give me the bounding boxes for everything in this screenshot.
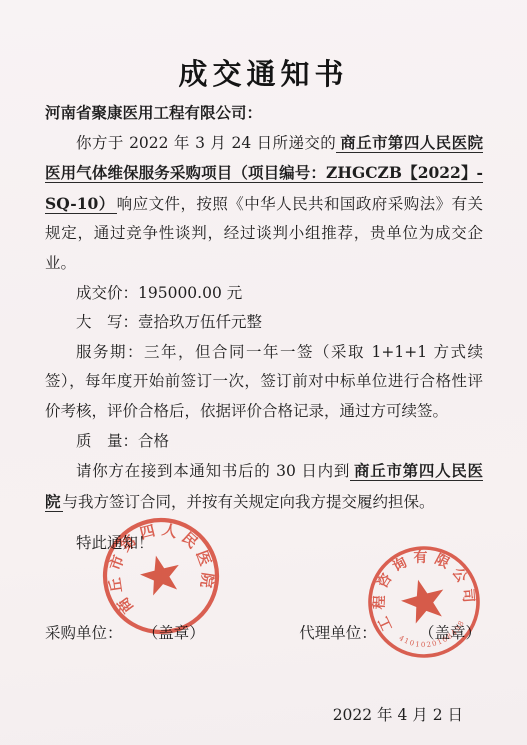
- document-body: 河南省聚康医用工程有限公司： 你方于 2022 年 3 月 24 日所递交的商丘…: [45, 98, 483, 730]
- agent-label: 代理单位：: [299, 624, 377, 642]
- paragraph-contract: 请你方在接到本通知书后的 30 日内到商丘市第四人民医院与我方签订合同，并按有关…: [45, 456, 483, 517]
- paragraph-project-pre: 你方于 2022 年 3 月 24 日所递交的: [76, 134, 336, 152]
- agent-seal-note: （盖章）: [427, 624, 481, 642]
- page-title: 成交通知书: [0, 52, 527, 93]
- purchaser-seal-note: （盖章）: [151, 624, 205, 642]
- price-line: 成交价：195000.00 元: [45, 279, 483, 309]
- addressee-line: 河南省聚康医用工程有限公司：: [45, 98, 483, 128]
- purchaser-signature: 采购单位：（盖章）: [45, 619, 205, 649]
- paragraph-contract-pre: 请你方在接到本通知书后的 30 日内到: [76, 462, 350, 480]
- amount-words-line: 大 写：壹拾玖万伍仟元整: [45, 308, 483, 338]
- agent-signature: 代理单位：（盖章）: [299, 619, 481, 649]
- date-line: 2022 年 4 月 2 日: [45, 701, 483, 731]
- quality-line: 质 量：合格: [45, 427, 483, 457]
- paragraph-contract-post: 与我方签订合同，并按有关规定向我方提交履约担保。: [63, 493, 435, 511]
- signature-row: 采购单位：（盖章） 代理单位：（盖章）: [45, 619, 483, 649]
- document-page: 成交通知书 河南省聚康医用工程有限公司： 你方于 2022 年 3 月 24 日…: [0, 0, 527, 745]
- purchaser-label: 采购单位：: [45, 624, 123, 642]
- paragraph-project: 你方于 2022 年 3 月 24 日所递交的商丘市第四人民医院医用气体维保服务…: [45, 128, 483, 279]
- service-period-line: 服务期：三年，但合同一年一签（采取 1+1+1 方式续签），每年度开始前签订一次…: [45, 338, 483, 427]
- notice-line: 特此通知！: [45, 529, 483, 559]
